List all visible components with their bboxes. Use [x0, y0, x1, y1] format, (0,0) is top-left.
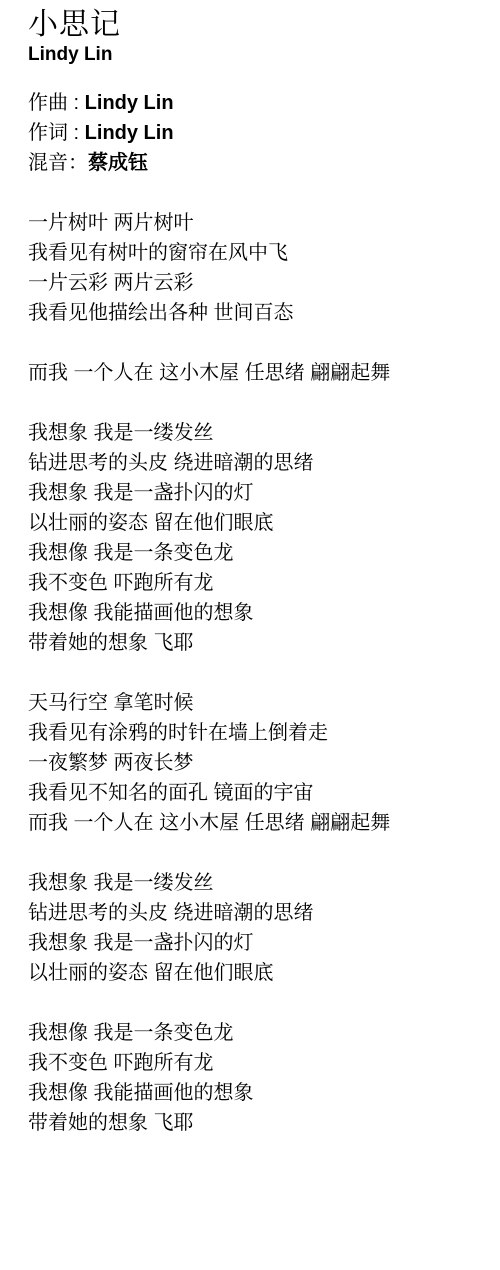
artist-name: Lindy Lin [28, 44, 482, 66]
credit-separator: ： [68, 152, 88, 174]
stanza: 天马行空 拿笔时候我看见有涂鸦的时针在墙上倒着走一夜繁梦 两夜长梦我看见不知名的… [28, 688, 482, 838]
credit-row-lyricist: 作词 : Lindy Lin [28, 118, 482, 148]
lyric-line: 一片树叶 两片树叶 [28, 208, 482, 238]
lyric-line: 一片云彩 两片云彩 [28, 268, 482, 298]
credit-separator: : [68, 92, 85, 114]
lyric-line: 我看见不知名的面孔 镜面的宇宙 [28, 778, 482, 808]
lyric-line: 我想像 我是一条变色龙 [28, 538, 482, 568]
page: { "colors": { "background": "#ffffff", "… [0, 0, 500, 1270]
lyric-line: 钻进思考的头皮 绕进暗潮的思绪 [28, 898, 482, 928]
lyric-line: 我不变色 吓跑所有龙 [28, 1048, 482, 1078]
stanza: 我想象 我是一缕发丝钻进思考的头皮 绕进暗潮的思绪我想象 我是一盏扑闪的灯以壮丽… [28, 868, 482, 988]
credit-label-mixing: 混音 [28, 152, 68, 174]
lyrics-body: 一片树叶 两片树叶我看见有树叶的窗帘在风中飞一片云彩 两片云彩我看见他描绘出各种… [28, 208, 482, 1138]
lyric-line: 钻进思考的头皮 绕进暗潮的思绪 [28, 448, 482, 478]
credits-block: 作曲 : Lindy Lin 作词 : Lindy Lin 混音：蔡成钰 [28, 88, 482, 178]
stanza: 而我 一个人在 这小木屋 任思绪 翩翩起舞 [28, 358, 482, 388]
credit-label-lyricist: 作词 [28, 122, 68, 144]
credit-separator: : [68, 122, 85, 144]
song-title: 小思记 [28, 6, 482, 44]
lyric-line: 我想像 我能描画他的想象 [28, 1078, 482, 1108]
stanza: 一片树叶 两片树叶我看见有树叶的窗帘在风中飞一片云彩 两片云彩我看见他描绘出各种… [28, 208, 482, 328]
lyric-line: 我想象 我是一缕发丝 [28, 868, 482, 898]
lyric-line: 我想像 我是一条变色龙 [28, 1018, 482, 1048]
credit-value-composer: Lindy Lin [85, 92, 174, 114]
lyric-line: 带着她的想象 飞耶 [28, 1108, 482, 1138]
stanza: 我想象 我是一缕发丝钻进思考的头皮 绕进暗潮的思绪我想象 我是一盏扑闪的灯以壮丽… [28, 418, 482, 658]
lyric-line: 以壮丽的姿态 留在他们眼底 [28, 508, 482, 538]
lyric-line: 我看见有涂鸦的时针在墙上倒着走 [28, 718, 482, 748]
lyric-line: 带着她的想象 飞耶 [28, 628, 482, 658]
lyric-line: 而我 一个人在 这小木屋 任思绪 翩翩起舞 [28, 358, 482, 388]
lyrics-page: 小思记 Lindy Lin 作曲 : Lindy Lin 作词 : Lindy … [0, 0, 500, 1138]
lyric-line: 我看见他描绘出各种 世间百态 [28, 298, 482, 328]
credit-label-composer: 作曲 [28, 92, 68, 114]
lyric-line: 我想象 我是一缕发丝 [28, 418, 482, 448]
credit-value-lyricist: Lindy Lin [85, 122, 174, 144]
credit-value-mixing: 蔡成钰 [88, 152, 148, 174]
lyric-line: 我不变色 吓跑所有龙 [28, 568, 482, 598]
stanza: 我想像 我是一条变色龙我不变色 吓跑所有龙我想像 我能描画他的想象带着她的想象 … [28, 1018, 482, 1138]
lyric-line: 我看见有树叶的窗帘在风中飞 [28, 238, 482, 268]
credit-row-mixing: 混音：蔡成钰 [28, 148, 482, 178]
credit-row-composer: 作曲 : Lindy Lin [28, 88, 482, 118]
lyric-line: 天马行空 拿笔时候 [28, 688, 482, 718]
lyric-line: 而我 一个人在 这小木屋 任思绪 翩翩起舞 [28, 808, 482, 838]
lyric-line: 我想象 我是一盏扑闪的灯 [28, 928, 482, 958]
lyric-line: 一夜繁梦 两夜长梦 [28, 748, 482, 778]
lyric-line: 我想像 我能描画他的想象 [28, 598, 482, 628]
lyric-line: 以壮丽的姿态 留在他们眼底 [28, 958, 482, 988]
lyric-line: 我想象 我是一盏扑闪的灯 [28, 478, 482, 508]
